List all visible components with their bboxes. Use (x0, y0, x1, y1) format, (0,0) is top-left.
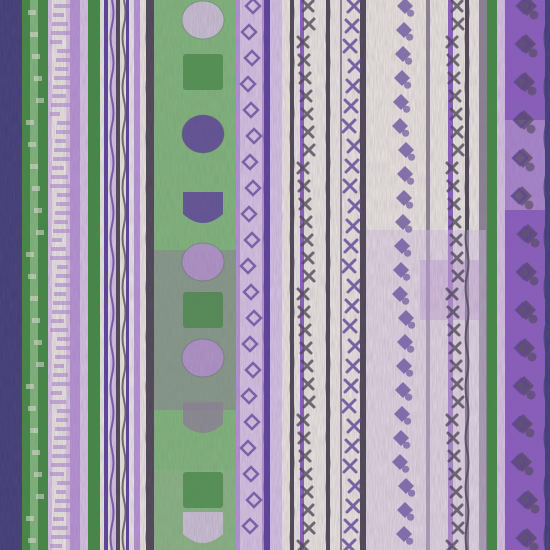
flower-chain-motif (402, 298, 409, 305)
x-chain-motif (303, 505, 313, 515)
x-chain-motif (447, 163, 457, 173)
x-chain-motif (345, 240, 357, 252)
diamond-band-motif (529, 49, 538, 58)
x-chain-motif (345, 100, 357, 112)
dash-motif (53, 373, 68, 377)
mottle-motif (32, 318, 40, 323)
flower-chain-motif (404, 418, 411, 425)
flower-chain-motif (408, 490, 415, 497)
x-chain-motif (344, 460, 356, 472)
pinstripe (291, 0, 294, 550)
shield-motif (183, 512, 223, 543)
dash-motif (50, 184, 72, 188)
dash-motif (56, 490, 66, 494)
flower-chain-motif (403, 274, 410, 281)
flower-chain-motif (404, 82, 411, 89)
diamond-chain-motif (247, 129, 261, 143)
x-chain-motif (348, 0, 360, 12)
rug-image (0, 0, 550, 550)
dash-motif (53, 85, 76, 89)
x-chain-motif (343, 260, 355, 272)
diamond-band-motif (525, 467, 534, 476)
x-chain-motif (347, 220, 359, 232)
flower-chain-motif (407, 178, 414, 185)
pinstripe (111, 0, 114, 550)
diamond-chain-motif (242, 389, 256, 403)
x-chain-motif (299, 307, 309, 317)
diamond-chain-motif (244, 285, 258, 299)
flower-chain-motif (408, 154, 415, 161)
diamond-chain-motif (247, 493, 261, 507)
dash-motif (52, 94, 66, 98)
mottle-motif (30, 296, 38, 301)
x-chain-motif (453, 145, 463, 155)
motif-layer (0, 0, 550, 550)
x-chain-motif (301, 91, 311, 101)
dash-motif (50, 544, 62, 548)
flower-chain-motif (406, 538, 413, 545)
flower-chain-motif (406, 202, 413, 209)
diamond-band-motif (529, 315, 538, 324)
dash-motif (54, 436, 76, 440)
x-chain-motif (347, 80, 359, 92)
x-chain-motif (343, 540, 355, 550)
x-chain-motif (348, 280, 360, 292)
x-chain-motif (299, 433, 309, 443)
mottle-motif (36, 98, 44, 103)
flower-chain-motif (408, 322, 415, 329)
dash-motif (50, 40, 62, 44)
x-chain-motif (300, 73, 310, 83)
dash-motif (54, 508, 74, 512)
mottle-motif (26, 516, 34, 521)
dash-motif (57, 193, 70, 197)
dash-motif (52, 166, 64, 170)
dash-motif (54, 148, 70, 152)
diamond-chain-motif (241, 77, 255, 91)
dash-motif (55, 283, 76, 287)
dash-motif (55, 139, 66, 143)
x-chain-motif (349, 200, 361, 212)
x-chain-motif (346, 440, 358, 452)
x-chain-motif (299, 55, 309, 65)
shield-motif (183, 192, 223, 223)
dash-motif (56, 130, 76, 134)
diamond-band-motif (530, 11, 539, 20)
dash-motif (51, 463, 74, 467)
diamond-band-motif (527, 125, 536, 134)
dash-motif (54, 76, 72, 80)
diamond-band-motif (528, 353, 537, 362)
mottle-motif (32, 186, 40, 191)
dash-motif (53, 445, 66, 449)
dash-motif (57, 337, 80, 341)
square-motif (183, 292, 223, 328)
dash-motif (50, 400, 66, 404)
flower-chain-motif (402, 466, 409, 473)
x-chain-motif (347, 360, 359, 372)
flower-chain-motif (407, 514, 414, 521)
diamond-band-motif (531, 239, 540, 248)
mottle-motif (34, 76, 42, 81)
circle-motif (182, 243, 224, 281)
x-chain-motif (303, 379, 313, 389)
dash-motif (55, 427, 72, 431)
flower-chain-motif (403, 442, 410, 449)
x-chain-motif (346, 160, 358, 172)
dash-motif (56, 274, 72, 278)
dash-motif (54, 292, 66, 296)
diamond-band-motif (528, 87, 537, 96)
dash-motif (57, 121, 72, 125)
mottle-motif (36, 362, 44, 367)
x-chain-motif (301, 343, 311, 353)
dash-motif (55, 499, 70, 503)
dash-motif (51, 175, 68, 179)
x-chain-motif (304, 145, 314, 155)
diamond-chain-motif (243, 337, 257, 351)
x-chain-motif (448, 55, 458, 65)
x-chain-motif (303, 253, 313, 263)
pinstripe (147, 0, 150, 550)
diamond-chain-motif (245, 233, 259, 247)
mottle-motif (28, 142, 36, 147)
x-chain-motif (348, 140, 360, 152)
diamond-chain-motif (247, 311, 261, 325)
diamond-chain-motif (246, 0, 260, 13)
diamond-band-motif (530, 277, 539, 286)
dash-motif (52, 310, 74, 314)
dash-motif (51, 103, 70, 107)
dash-motif (51, 391, 62, 395)
flower-chain-motif (405, 58, 412, 65)
x-chain-motif (344, 320, 356, 332)
diamond-chain-motif (245, 415, 259, 429)
diamond-band-motif (526, 429, 535, 438)
x-chain-motif (347, 500, 359, 512)
diamond-chain-motif (246, 181, 260, 195)
x-chain-motif (304, 397, 314, 407)
flower-chain-motif (407, 10, 414, 17)
x-chain-motif (304, 523, 314, 533)
x-chain-motif (343, 120, 355, 132)
dash-motif (53, 157, 74, 161)
x-chain-motif (304, 19, 314, 29)
x-chain-motif (449, 73, 459, 83)
mottle-motif (36, 494, 44, 499)
dash-motif (56, 202, 74, 206)
x-chain-motif (451, 109, 461, 119)
x-chain-motif (346, 300, 358, 312)
dash-motif (53, 13, 64, 17)
x-chain-motif (298, 37, 308, 47)
x-chain-motif (344, 40, 356, 52)
x-chain-motif (303, 1, 313, 11)
mottle-motif (34, 208, 42, 213)
pinstripe (327, 0, 330, 550)
x-chain-motif (302, 109, 312, 119)
x-chain-motif (449, 199, 459, 209)
mottle-motif (26, 120, 34, 125)
dash-motif (50, 256, 70, 260)
dash-motif (50, 328, 68, 332)
x-chain-motif (343, 400, 355, 412)
x-chain-motif (450, 217, 460, 227)
mottle-motif (28, 10, 36, 15)
dash-motif (55, 211, 78, 215)
dash-motif (56, 346, 70, 350)
diamond-chain-motif (242, 25, 256, 39)
x-chain-motif (344, 180, 356, 192)
diamond-band-motif (531, 505, 540, 514)
mottle-motif (32, 450, 40, 455)
flower-chain-motif (402, 130, 409, 137)
mottle-motif (34, 340, 42, 345)
x-chain-motif (298, 163, 308, 173)
dash-motif (50, 112, 60, 116)
x-chain-motif (448, 181, 458, 191)
x-chain-motif (345, 380, 357, 392)
dash-motif (53, 517, 64, 521)
flower-chain-motif (405, 394, 412, 401)
diamond-chain-motif (245, 51, 259, 65)
dash-motif (55, 67, 68, 71)
diamond-chain-motif (244, 103, 258, 117)
x-chain-motif (301, 469, 311, 479)
dash-motif (51, 319, 64, 323)
x-chain-motif (301, 217, 311, 227)
circle-motif (182, 339, 224, 377)
square-motif (183, 54, 223, 90)
dash-motif (57, 481, 76, 485)
flower-chain-motif (407, 346, 414, 353)
mottle-motif (30, 164, 38, 169)
mottle-motif (28, 274, 36, 279)
dash-motif (50, 472, 64, 476)
flower-chain-motif (403, 106, 410, 113)
mottle-motif (28, 538, 36, 543)
diamond-band-motif (525, 201, 534, 210)
x-chain-motif (300, 199, 310, 209)
dash-motif (52, 238, 62, 242)
dash-motif (54, 220, 68, 224)
pinstripe (361, 0, 364, 550)
x-chain-motif (349, 480, 361, 492)
x-chain-motif (300, 325, 310, 335)
flower-chain-motif (405, 226, 412, 233)
mottle-motif (34, 472, 42, 477)
circle-motif (182, 115, 224, 153)
diamond-chain-motif (241, 441, 255, 455)
mottle-motif (26, 384, 34, 389)
x-chain-motif (348, 420, 360, 432)
diamond-chain-motif (246, 363, 260, 377)
dash-motif (51, 31, 72, 35)
x-chain-motif (302, 235, 312, 245)
dash-motif (57, 49, 74, 53)
mottle-motif (30, 428, 38, 433)
dash-motif (51, 535, 72, 539)
x-chain-motif (452, 1, 462, 11)
dash-motif (54, 364, 64, 368)
mottle-motif (32, 54, 40, 59)
dash-motif (52, 454, 70, 458)
x-chain-motif (346, 20, 358, 32)
dash-motif (56, 418, 68, 422)
dash-motif (55, 355, 74, 359)
square-motif (183, 472, 223, 508)
dash-motif (52, 22, 68, 26)
mottle-motif (26, 252, 34, 257)
x-chain-motif (302, 361, 312, 371)
x-chain-motif (349, 340, 361, 352)
x-chain-motif (298, 415, 308, 425)
flower-chain-motif (404, 250, 411, 257)
pinstripe (545, 0, 548, 550)
diamond-chain-motif (243, 155, 257, 169)
x-chain-motif (450, 91, 460, 101)
dash-motif (52, 382, 72, 386)
diamond-band-motif (526, 163, 535, 172)
x-chain-motif (447, 37, 457, 47)
mottle-motif (36, 230, 44, 235)
x-chain-motif (298, 289, 308, 299)
diamond-chain-motif (243, 519, 257, 533)
dash-motif (56, 58, 78, 62)
diamond-chain-motif (241, 259, 255, 273)
pinstripe (123, 0, 126, 550)
dash-motif (54, 4, 74, 8)
x-chain-motif (453, 19, 463, 29)
mottle-motif (30, 32, 38, 37)
diamond-chain-motif (242, 207, 256, 221)
dash-motif (51, 247, 66, 251)
x-chain-motif (299, 181, 309, 191)
dash-motif (57, 409, 78, 413)
circle-motif (182, 1, 224, 39)
x-chain-motif (300, 451, 310, 461)
x-chain-motif (452, 127, 462, 137)
dash-motif (53, 229, 72, 233)
x-chain-motif (304, 271, 314, 281)
diamond-chain-motif (244, 467, 258, 481)
dash-motif (53, 301, 70, 305)
dash-motif (57, 265, 68, 269)
flower-chain-motif (406, 370, 413, 377)
diamond-band-motif (527, 391, 536, 400)
x-chain-motif (298, 541, 308, 550)
dash-motif (52, 526, 68, 530)
x-chain-motif (302, 487, 312, 497)
mottle-motif (28, 406, 36, 411)
shield-motif (183, 402, 223, 433)
flower-chain-motif (406, 34, 413, 41)
pinstripe (265, 0, 268, 550)
x-chain-motif (345, 520, 357, 532)
x-chain-motif (303, 127, 313, 137)
x-chain-motif (349, 60, 361, 72)
